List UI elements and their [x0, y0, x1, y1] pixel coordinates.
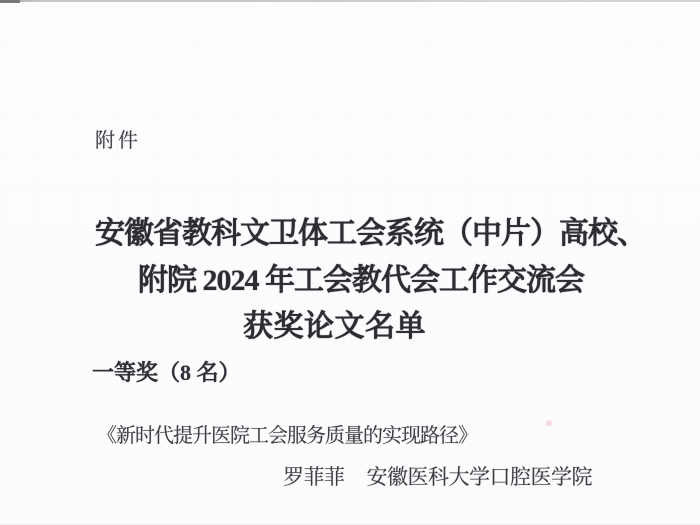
- pink-ink-smudge: [544, 419, 554, 428]
- scan-top-edge-artifact: [0, 0, 700, 2]
- award-tier-heading: 一等奖（8 名）: [92, 362, 241, 384]
- institution-name: 安徽医科大学口腔医学院: [367, 467, 593, 488]
- document-title-line3: 获奖论文名单: [243, 312, 426, 342]
- scan-top-edge-dark-segment: [0, 0, 20, 3]
- document-title-line1: 安徽省教科文卫体工会系统（中片）高校、: [95, 219, 646, 249]
- document-title-line2: 附院 2024 年工会教代会工作交流会: [138, 266, 584, 296]
- author-institution-gap: [345, 467, 367, 488]
- attachment-label: 附件: [95, 131, 141, 151]
- author-line: 罗菲菲 安徽医科大学口腔医学院: [283, 467, 592, 488]
- paper-title: 《新时代提升医院工会服务质量的实现路径》: [97, 426, 477, 446]
- document-page: 附件 安徽省教科文卫体工会系统（中片）高校、 附院 2024 年工会教代会工作交…: [0, 0, 700, 525]
- author-name: 罗菲菲: [283, 467, 345, 488]
